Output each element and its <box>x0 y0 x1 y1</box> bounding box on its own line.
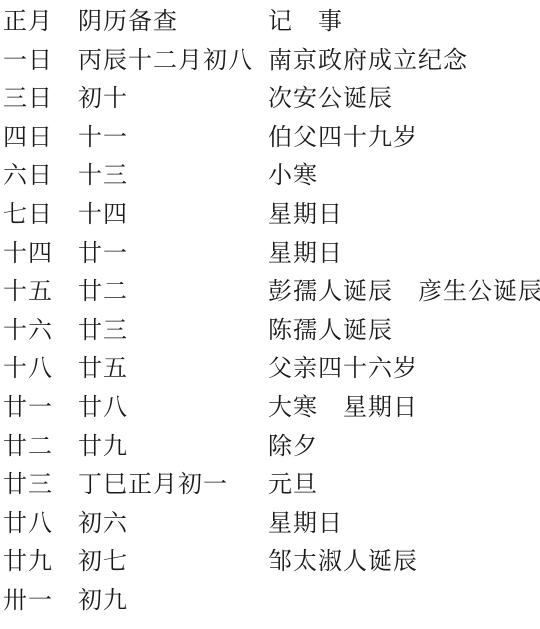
note-cell: 小寒 <box>268 157 540 196</box>
lunar-cell: 廿三 <box>78 312 268 351</box>
day-cell: 卅一 <box>3 582 78 621</box>
note-cell: 邹太淑人诞辰 <box>268 543 540 582</box>
lunar-cell: 丁巳正月初一 <box>78 466 268 505</box>
day-cell: 六日 <box>3 157 78 196</box>
almanac-page: 正月 阴历备查 记 事 一日 丙辰十二月初八 南京政府成立纪念 三日 初十 次安… <box>0 0 540 629</box>
table-header-row: 正月 阴历备查 记 事 <box>3 3 540 42</box>
table-row: 廿八 初六 星期日 <box>3 505 540 544</box>
day-cell: 十五 <box>3 273 78 312</box>
table-row: 廿二 廿九 除夕 <box>3 428 540 467</box>
day-cell: 七日 <box>3 196 78 235</box>
day-cell: 一日 <box>3 42 78 81</box>
note-cell: 陈孺人诞辰 <box>268 312 540 351</box>
lunar-cell: 十四 <box>78 196 268 235</box>
note-cell: 南京政府成立纪念 <box>268 42 540 81</box>
table-row: 廿三 丁巳正月初一 元旦 <box>3 466 540 505</box>
note-cell: 除夕 <box>268 428 540 467</box>
note-cell: 星期日 <box>268 235 540 274</box>
table-row: 十六 廿三 陈孺人诞辰 <box>3 312 540 351</box>
note-cell: 星期日 <box>268 196 540 235</box>
day-cell: 廿三 <box>3 466 78 505</box>
lunar-cell: 廿八 <box>78 389 268 428</box>
lunar-cell: 廿一 <box>78 235 268 274</box>
lunar-cell: 廿九 <box>78 428 268 467</box>
lunar-cell: 廿五 <box>78 350 268 389</box>
table-row: 三日 初十 次安公诞辰 <box>3 80 540 119</box>
day-cell: 廿一 <box>3 389 78 428</box>
table-row: 十四 廿一 星期日 <box>3 235 540 274</box>
day-cell: 十八 <box>3 350 78 389</box>
note-cell: 星期日 <box>268 505 540 544</box>
day-cell: 十四 <box>3 235 78 274</box>
note-cell: 彭孺人诞辰 彦生公诞辰 <box>268 273 540 312</box>
lunar-cell: 廿二 <box>78 273 268 312</box>
table-body: 一日 丙辰十二月初八 南京政府成立纪念 三日 初十 次安公诞辰 四日 十一 伯父… <box>3 42 540 621</box>
header-month: 正月 <box>3 3 78 42</box>
table-row: 廿一 廿八 大寒 星期日 <box>3 389 540 428</box>
header-notes: 记 事 <box>268 3 540 42</box>
note-cell: 次安公诞辰 <box>268 80 540 119</box>
note-cell: 父亲四十六岁 <box>268 350 540 389</box>
day-cell: 十六 <box>3 312 78 351</box>
day-cell: 廿二 <box>3 428 78 467</box>
lunar-cell: 十三 <box>78 157 268 196</box>
lunar-cell: 初十 <box>78 80 268 119</box>
note-cell: 大寒 星期日 <box>268 389 540 428</box>
lunar-cell: 初七 <box>78 543 268 582</box>
table-row: 四日 十一 伯父四十九岁 <box>3 119 540 158</box>
table-row: 卅一 初九 <box>3 582 540 621</box>
day-cell: 三日 <box>3 80 78 119</box>
day-cell: 廿八 <box>3 505 78 544</box>
table-row: 廿九 初七 邹太淑人诞辰 <box>3 543 540 582</box>
table-row: 六日 十三 小寒 <box>3 157 540 196</box>
table-row: 十五 廿二 彭孺人诞辰 彦生公诞辰 <box>3 273 540 312</box>
note-cell: 伯父四十九岁 <box>268 119 540 158</box>
header-lunar-ref: 阴历备查 <box>78 3 268 42</box>
table-row: 七日 十四 星期日 <box>3 196 540 235</box>
table-row: 十八 廿五 父亲四十六岁 <box>3 350 540 389</box>
note-cell: 元旦 <box>268 466 540 505</box>
day-cell: 四日 <box>3 119 78 158</box>
day-cell: 廿九 <box>3 543 78 582</box>
lunar-cell: 丙辰十二月初八 <box>78 42 268 81</box>
lunar-cell: 初九 <box>78 582 268 621</box>
table-row: 一日 丙辰十二月初八 南京政府成立纪念 <box>3 42 540 81</box>
lunar-cell: 十一 <box>78 119 268 158</box>
lunar-cell: 初六 <box>78 505 268 544</box>
